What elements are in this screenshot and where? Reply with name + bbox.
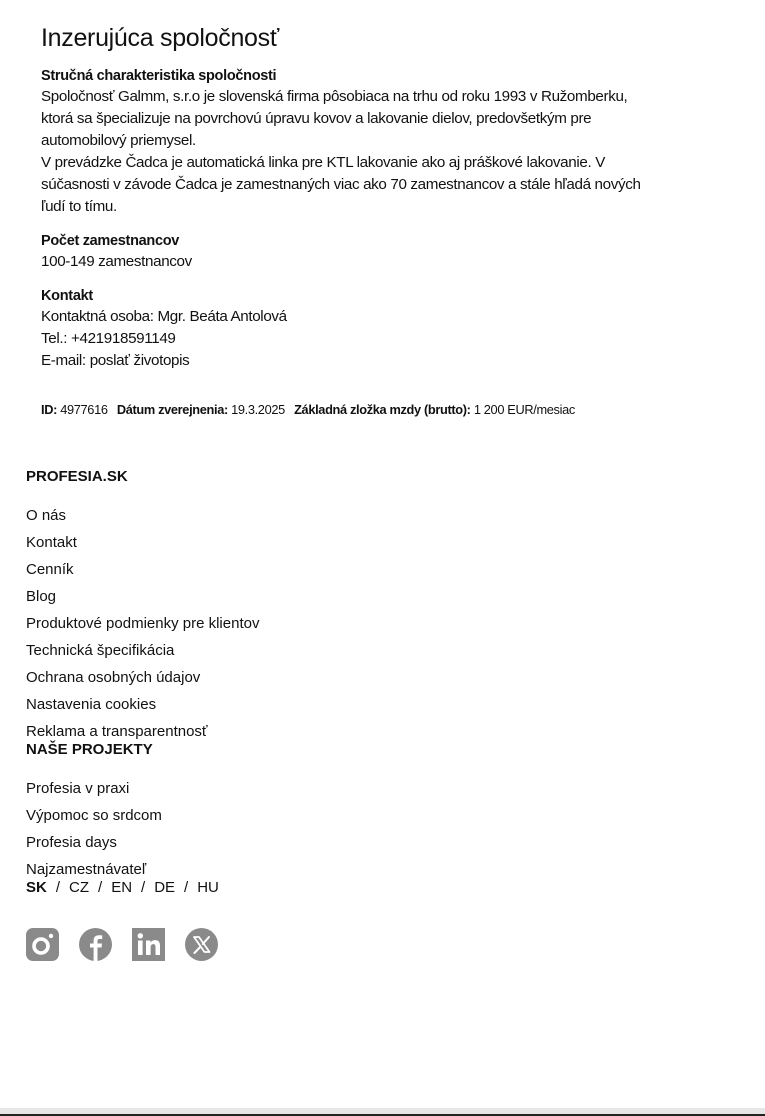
footer-link[interactable]: Kontakt xyxy=(26,529,259,556)
contact-person: Kontaktná osoba: Mgr. Beáta Antolová xyxy=(41,306,287,328)
company-section-title: Inzerujúca spoločnosť xyxy=(41,24,279,53)
salary-label: Základná zložka mzdy (brutto): xyxy=(294,402,471,417)
send-cv-link[interactable]: poslať životopis xyxy=(90,352,190,369)
description-line: ľudí to tímu. xyxy=(41,196,641,218)
footer-link[interactable]: Ochrana osobných údajov xyxy=(26,664,259,691)
date-label: Dátum zverejnenia: xyxy=(117,402,228,417)
social-links xyxy=(26,928,218,961)
footer-link[interactable]: Cenník xyxy=(26,556,259,583)
footer-link[interactable]: Profesia v praxi xyxy=(26,775,162,802)
footer-projects-section: NAŠE PROJEKTY Profesia v praxiVýpomoc so… xyxy=(26,739,162,883)
footer-profesia-links: O násKontaktCenníkBlogProduktové podmien… xyxy=(26,502,259,745)
contact-phone[interactable]: Tel.: +421918591149 xyxy=(41,328,287,350)
id-value: 4977616 xyxy=(60,402,107,417)
description-label: Stručná charakteristika spoločnosti xyxy=(41,66,641,86)
language-separator: / xyxy=(184,879,188,896)
language-option-sk[interactable]: SK xyxy=(26,879,47,896)
instagram-icon[interactable] xyxy=(26,928,59,961)
contact-email: E-mail: poslať životopis xyxy=(41,350,287,372)
language-option-de[interactable]: DE xyxy=(154,879,175,896)
footer-link[interactable]: Blog xyxy=(26,583,259,610)
contact-label: Kontakt xyxy=(41,286,287,306)
footer-heading-profesia: PROFESIA.SK xyxy=(26,466,259,488)
language-switcher: SK/CZ/EN/DE/HU xyxy=(26,879,219,896)
footer-profesia-section: PROFESIA.SK O násKontaktCenníkBlogProduk… xyxy=(26,466,259,745)
facebook-icon[interactable] xyxy=(79,928,112,961)
description-line: V prevádzke Čadca je automatická linka p… xyxy=(41,152,641,174)
footer-projects-links: Profesia v praxiVýpomoc so srdcomProfesi… xyxy=(26,775,162,883)
employee-count: Počet zamestnancov 100-149 zamestnancov xyxy=(41,231,192,273)
email-label: E-mail: xyxy=(41,352,90,369)
description-line: Spoločnosť Galmm, s.r.o je slovenská fir… xyxy=(41,86,641,108)
linkedin-icon[interactable] xyxy=(132,928,165,961)
company-description: Stručná charakteristika spoločnosti Spol… xyxy=(41,66,641,218)
footer-link[interactable]: Profesia days xyxy=(26,829,162,856)
job-meta: ID: 4977616 Dátum zverejnenia: 19.3.2025… xyxy=(41,402,575,417)
x-twitter-icon[interactable] xyxy=(185,928,218,961)
footer-link[interactable]: Technická špecifikácia xyxy=(26,637,259,664)
footer-link[interactable]: Produktové podmienky pre klientov xyxy=(26,610,259,637)
date-value: 19.3.2025 xyxy=(231,402,285,417)
language-separator: / xyxy=(98,879,102,896)
employee-count-value: 100-149 zamestnancov xyxy=(41,251,192,273)
id-label: ID: xyxy=(41,402,57,417)
language-option-hu[interactable]: HU xyxy=(197,879,219,896)
language-option-en[interactable]: EN xyxy=(111,879,132,896)
footer-link[interactable]: Nastavenia cookies xyxy=(26,691,259,718)
employee-count-label: Počet zamestnancov xyxy=(41,231,192,251)
footer-link[interactable]: O nás xyxy=(26,502,259,529)
description-line: automobilový priemysel. xyxy=(41,130,641,152)
footer-heading-projects: NAŠE PROJEKTY xyxy=(26,739,162,761)
language-separator: / xyxy=(56,879,60,896)
contact-section: Kontakt Kontaktná osoba: Mgr. Beáta Anto… xyxy=(41,286,287,372)
language-option-cz[interactable]: CZ xyxy=(69,879,89,896)
description-line: ktorá sa špecializuje na povrchovú úprav… xyxy=(41,108,641,130)
description-line: súčasnosti v závode Čadca je zamestnanýc… xyxy=(41,174,641,196)
salary-value: 1 200 EUR/mesiac xyxy=(474,402,575,417)
footer-link[interactable]: Výpomoc so srdcom xyxy=(26,802,162,829)
language-separator: / xyxy=(141,879,145,896)
